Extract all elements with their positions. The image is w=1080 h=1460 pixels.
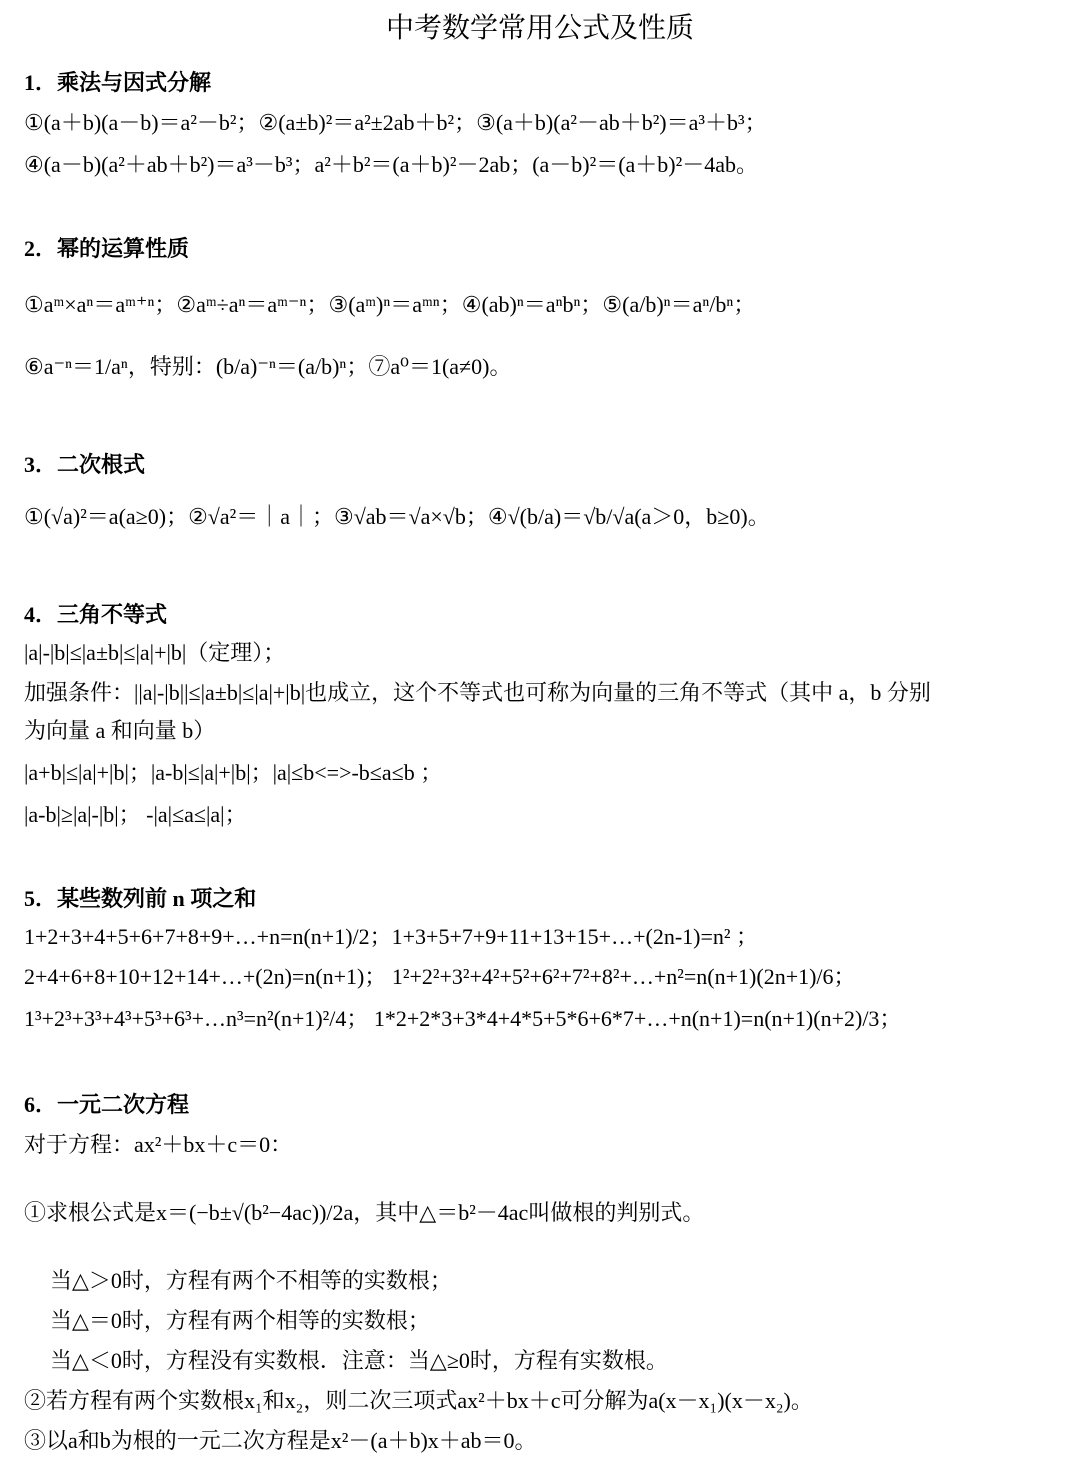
section-4-heading: 4．三角不等式 bbox=[24, 598, 167, 629]
section-4-line-2: 加强条件：||a|-|b||≤|a±b|≤|a|+|b|也成立，这个不等式也可称… bbox=[24, 678, 931, 708]
section-4-line-1: |a|-|b|≤|a±b|≤|a|+|b|（定理）； bbox=[24, 638, 285, 668]
section-1-line-2: ④(a－b)(a²＋ab＋b²)＝a³－b³；a²＋b²＝(a＋b)²－2ab；… bbox=[24, 150, 758, 180]
section-1-line-1: ①(a＋b)(a－b)＝a²－b²；②(a±b)²＝a²±2ab＋b²；③(a＋… bbox=[24, 108, 767, 138]
section-5-line-1: 1+2+3+4+5+6+7+8+9+…+n=n(n+1)/2；1+3+5+7+9… bbox=[24, 922, 758, 952]
section-6-line-roots: ③以a和b为根的一元二次方程是x²－(a＋b)x＋ab＝0。 bbox=[24, 1426, 537, 1456]
section-6-case-negative: 当△＜0时，方程没有实数根．注意：当△≥0时，方程有实数根。 bbox=[50, 1346, 668, 1376]
section-2-line-1: ①aᵐ×aⁿ＝aᵐ⁺ⁿ；②aᵐ÷aⁿ＝aᵐ⁻ⁿ；③(aᵐ)ⁿ＝aᵐⁿ；④(ab)… bbox=[24, 290, 755, 320]
section-1-heading: 1．乘法与因式分解 bbox=[24, 66, 211, 97]
section-2-line-2: ⑥a⁻ⁿ＝1/aⁿ，特别：(b/a)⁻ⁿ＝(a/b)ⁿ；⑦a⁰＝1(a≠0)。 bbox=[24, 352, 511, 382]
section-6-case-zero: 当△＝0时，方程有两个相等的实数根； bbox=[50, 1306, 430, 1336]
section-5-heading: 5．某些数列前 n 项之和 bbox=[24, 882, 256, 913]
section-5-line-2: 2+4+6+8+10+12+14+…+(2n)=n(n+1)； 1²+2²+3²… bbox=[24, 962, 856, 992]
section-3-heading: 3．二次根式 bbox=[24, 448, 145, 479]
section-4-line-4: |a+b|≤|a|+|b|；|a-b|≤|a|+|b|；|a|≤b<=>-b≤a… bbox=[24, 758, 442, 788]
section-4-line-3: 为向量 a 和向量 b） bbox=[24, 716, 215, 746]
section-6-heading: 6．一元二次方程 bbox=[24, 1088, 189, 1119]
section-6-case-positive: 当△＞0时，方程有两个不相等的实数根； bbox=[50, 1266, 452, 1296]
section-6-quadratic-formula: ①求根公式是x＝(−b±√(b²−4ac))/2a，其中△＝b²－4ac叫做根的… bbox=[24, 1198, 704, 1228]
section-4-line-5: |a-b|≥|a|-|b|； -|a|≤a≤|a|； bbox=[24, 800, 247, 830]
section-6-line-factor: ②若方程有两个实数根x₁和x₂，则二次三项式ax²＋bx＋c可分解为a(x－x₁… bbox=[24, 1386, 813, 1416]
section-3-line-1: ①(√a)²＝a(a≥0)；②√a²＝｜a｜；③√ab＝√a×√b；④√(b/a… bbox=[24, 502, 770, 532]
section-6-line-1: 对于方程：ax²＋bx＋c＝0： bbox=[24, 1130, 292, 1160]
page-title: 中考数学常用公式及性质 bbox=[0, 6, 1080, 46]
section-2-heading: 2．幂的运算性质 bbox=[24, 232, 189, 263]
section-5-line-3: 1³+2³+3³+4³+5³+6³+…n³=n²(n+1)²/4； 1*2+2*… bbox=[24, 1004, 901, 1034]
